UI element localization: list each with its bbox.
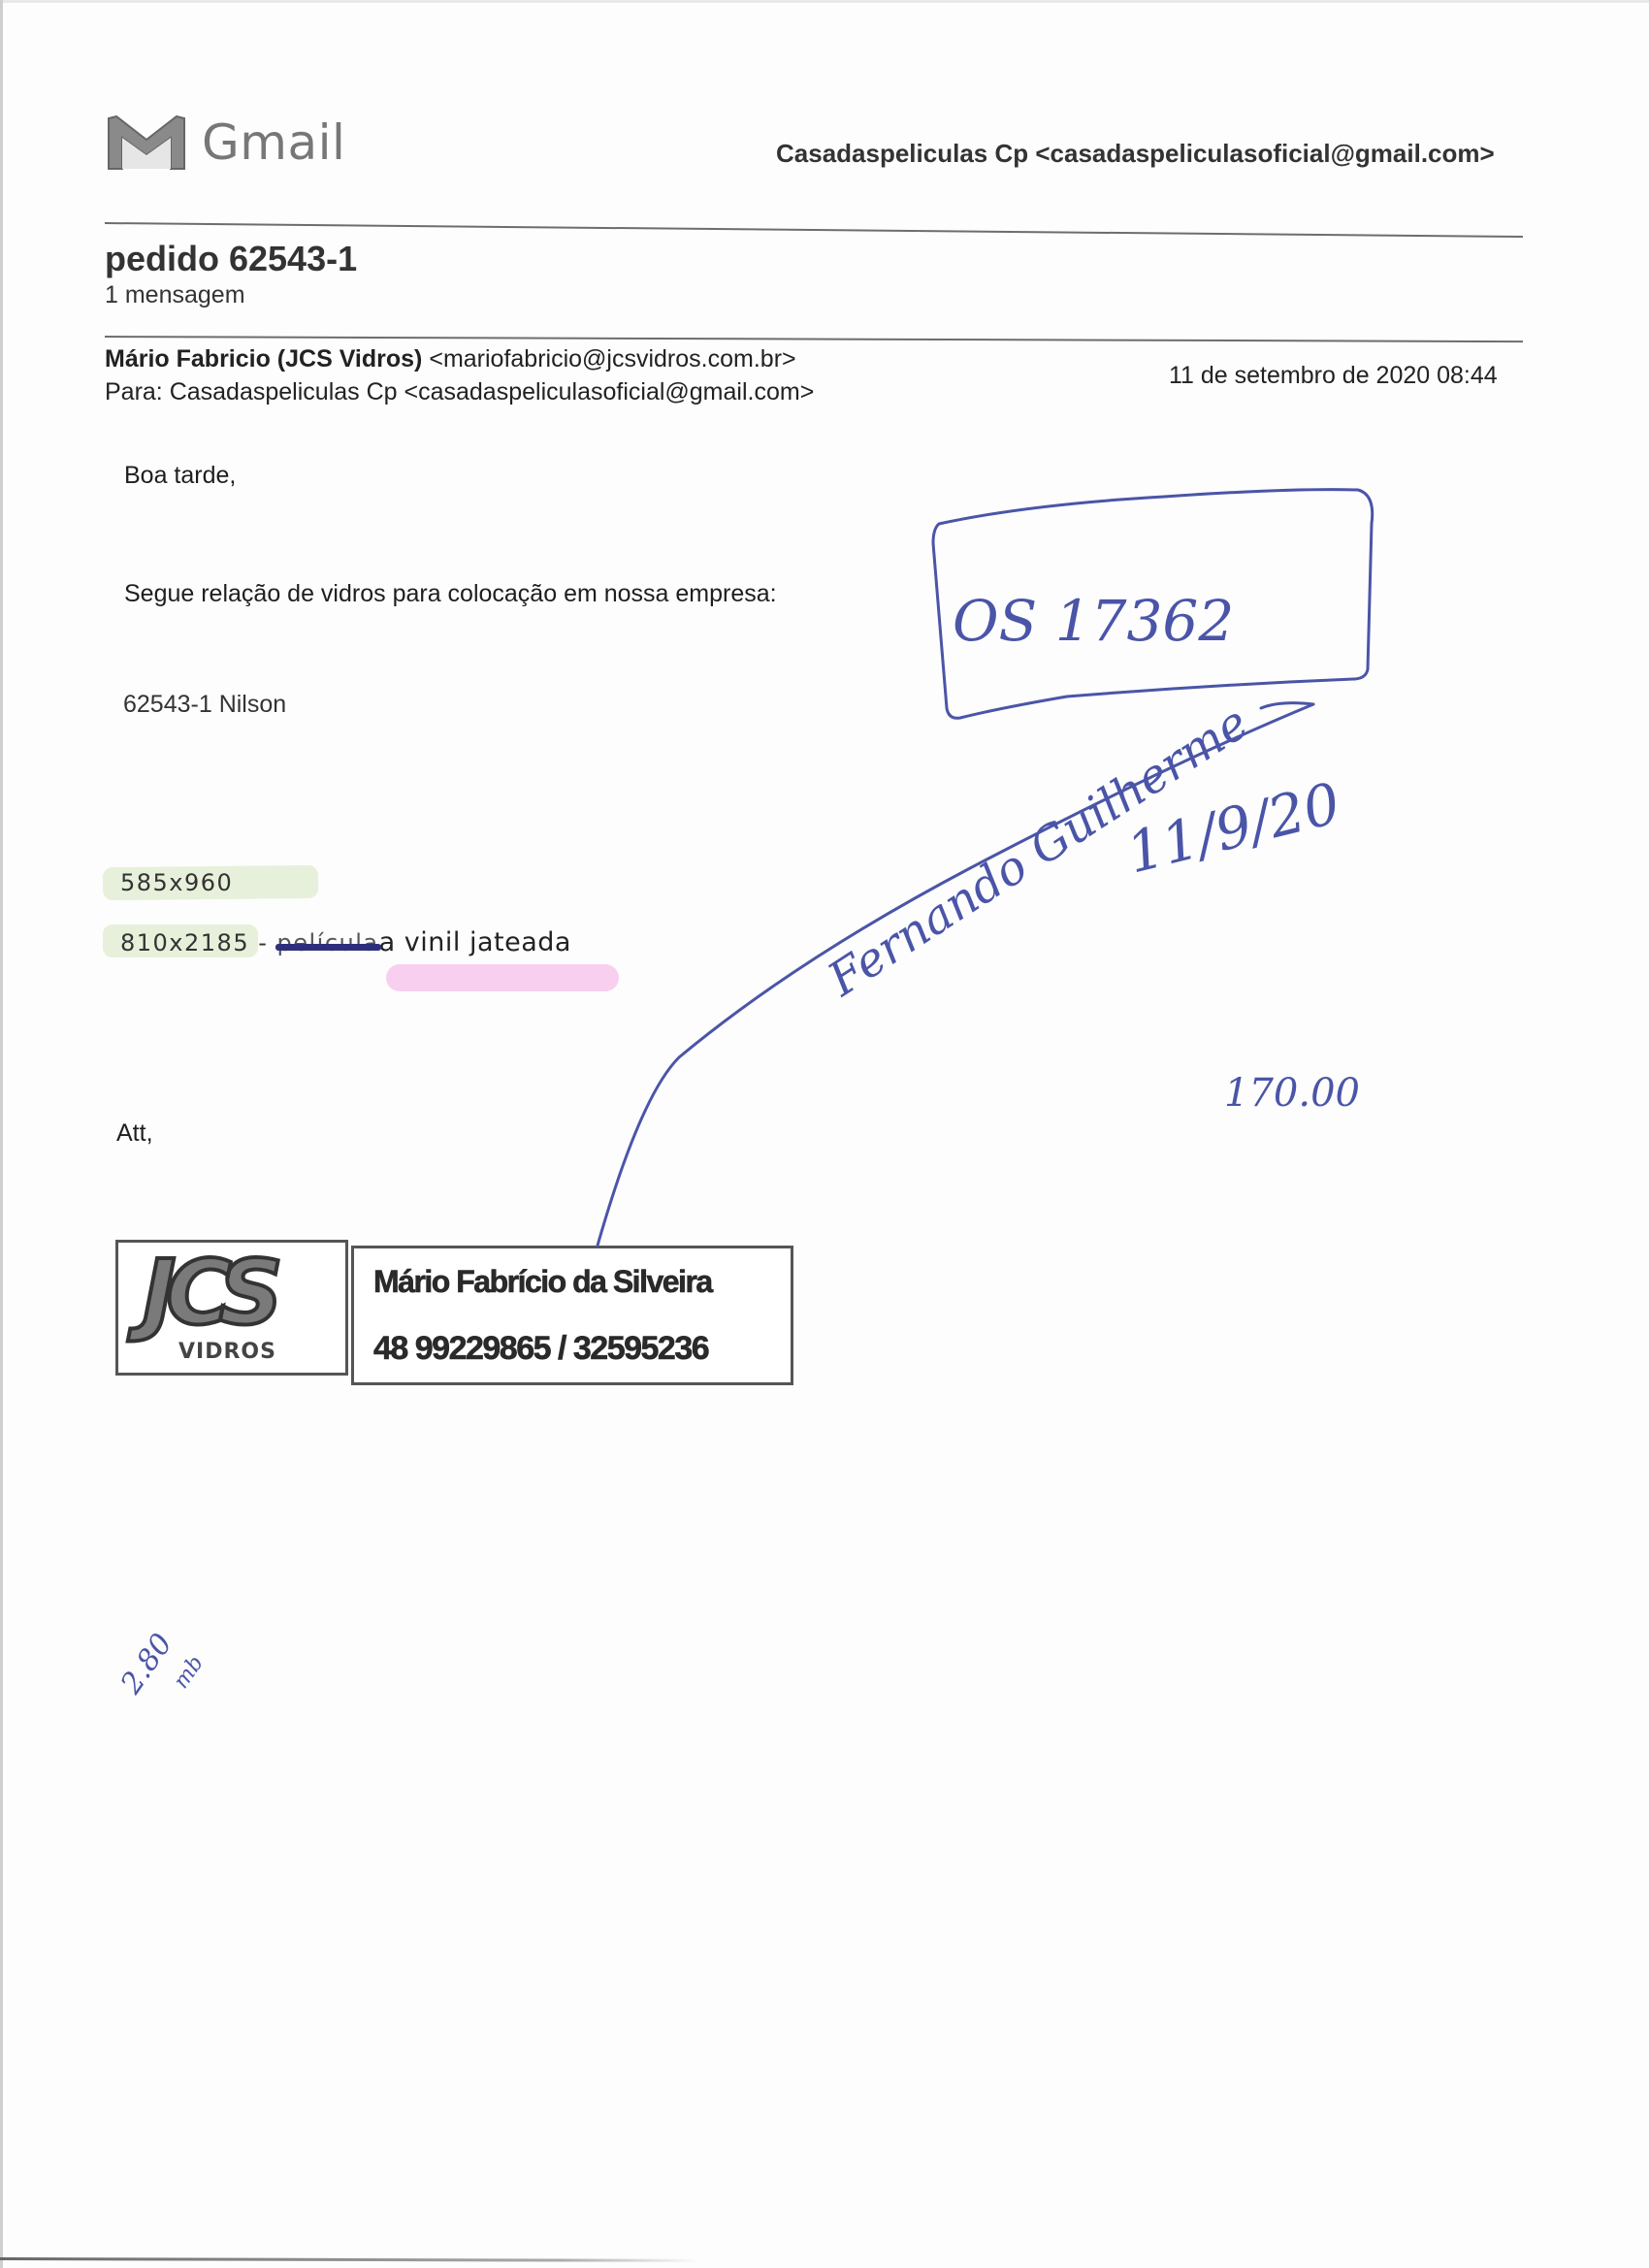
os-box-outline — [933, 490, 1373, 719]
sender-line: Mário Fabricio (JCS Vidros) <mariofabric… — [105, 345, 796, 373]
company-logo: JCS VIDROS — [115, 1240, 348, 1376]
order-reference: 62543-1 Nilson — [123, 691, 286, 719]
item-separator: - — [249, 929, 276, 956]
message-count: 1 mensagem — [105, 281, 245, 309]
service-order-number: OS 17362 — [953, 588, 1234, 654]
gmail-logo: Gmail — [105, 113, 345, 173]
receiver-signature: Fernando Guilherme — [818, 696, 1258, 1008]
recipient-line: Para: Casadaspeliculas Cp <casadaspelicu… — [105, 378, 814, 406]
signature-stroke — [598, 704, 1313, 1246]
thread-subject: pedido 62543-1 — [105, 239, 357, 279]
glass-item: 810x2185 - películaa vinil jateada — [120, 927, 571, 957]
account-identity: Casadaspeliculas Cp <casadaspeliculasofi… — [776, 139, 1495, 169]
header-divider — [105, 222, 1523, 238]
signature-card: Mário Fabrício da Silveira 48 99229865 /… — [351, 1246, 793, 1385]
receipt-date: 11/9/20 — [1120, 770, 1346, 887]
message-divider — [105, 336, 1523, 342]
highlight-pink — [386, 964, 619, 991]
area-note-value: 2.80 — [113, 1628, 179, 1701]
sent-date: 11 de setembro de 2020 08:44 — [1169, 362, 1498, 390]
scan-edge-bottom — [0, 2257, 698, 2262]
sender-name: Mário Fabricio (JCS Vidros) — [105, 345, 422, 373]
sender-email: <mariofabricio@jcsvidros.com.br> — [429, 345, 795, 373]
intro-text: Segue relação de vidros para colocação e… — [124, 580, 777, 608]
scan-edge-left — [0, 0, 3, 2268]
glass-dimensions: 585x960 — [120, 869, 233, 896]
jcs-logo-mark: JCS — [143, 1248, 274, 1338]
signature-phones: 48 99229865 / 32595236 — [373, 1330, 708, 1368]
signature-name: Mário Fabrício da Silveira — [373, 1264, 712, 1300]
gmail-m-icon — [105, 113, 188, 173]
struck-out-word: película — [277, 929, 379, 956]
area-note-unit: mb — [169, 1651, 209, 1693]
glass-dimensions: 810x2185 — [120, 929, 249, 956]
jcs-logo-subtitle: VIDROS — [178, 1340, 276, 1364]
signoff: Att, — [116, 1119, 153, 1148]
material-tail: a — [379, 927, 396, 957]
greeting: Boa tarde, — [124, 462, 236, 490]
glass-item: 585x960 — [120, 869, 233, 896]
gmail-wordmark: Gmail — [202, 114, 345, 171]
price-note: 170.00 — [1224, 1071, 1360, 1116]
scan-edge-top — [0, 0, 1649, 3]
glass-material: vinil jateada — [396, 927, 571, 957]
